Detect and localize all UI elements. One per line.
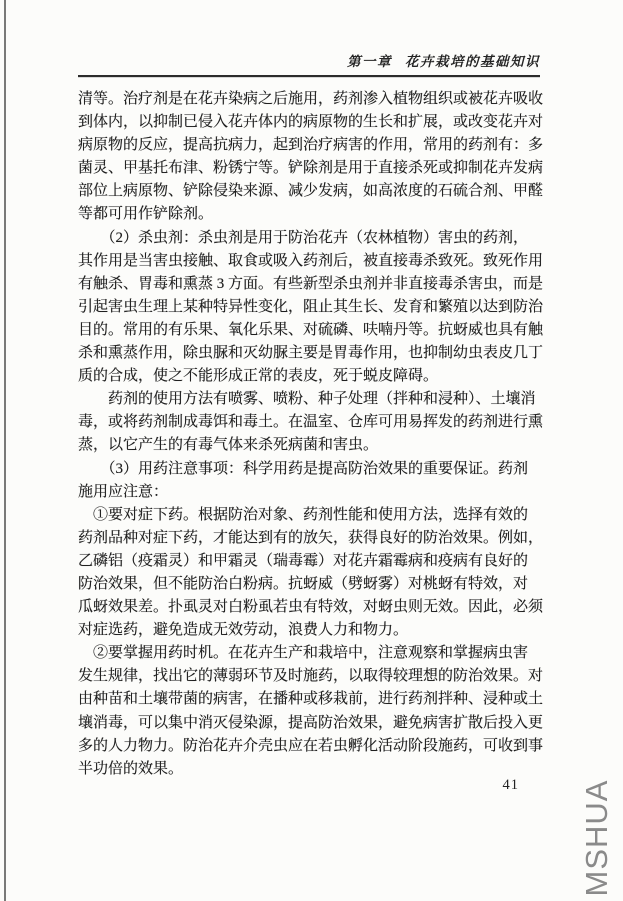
running-header: 第一章花卉栽培的基础知识 <box>78 50 540 70</box>
body-line: 壤消毒，可以集中消灭侵染源，提高防治效果，避免病害扩散后投入更 <box>78 712 546 735</box>
body-line: 杀和熏蒸作用，除虫脲和灭幼脲主要是胃毒作用，也抑制幼虫表皮几丁 <box>78 342 546 365</box>
body-line: 等都可用作铲除剂。 <box>78 203 546 226</box>
body-line: 蒸，以它产生的有毒气体来杀死病菌和害虫。 <box>78 434 546 457</box>
chapter-label: 第一章 <box>347 54 392 69</box>
body-line: 毒，或将药剂制成毒饵和毒土。在温室、仓库可用易挥发的药剂进行熏 <box>78 411 546 434</box>
body-line: 部位上病原物、铲除侵染来源、减少发病，如高浓度的石硫合剂、甲醛 <box>78 180 546 203</box>
body-line: 清等。治疗剂是在花卉染病之后施用，药剂渗入植物组织或被花卉吸收 <box>78 88 546 111</box>
body-line: 多的人力物力。防治花卉介壳虫应在若虫孵化活动阶段施药，可收到事 <box>78 735 546 758</box>
body-line: ②要掌握用药时机。在花卉生产和栽培中，注意观察和掌握病虫害 <box>78 642 546 665</box>
body-line: 乙磷铝（疫霜灵）和甲霜灵（瑞毒霉）对花卉霜霉病和疫病有良好的 <box>78 550 546 573</box>
body-line: 有触杀、胃毒和熏蒸 3 方面。有些新型杀虫剂并非直接毒杀害虫，而是 <box>78 273 546 296</box>
body-text: 清等。治疗剂是在花卉染病之后施用，药剂渗入植物组织或被花卉吸收到体内，以抑制已侵… <box>78 88 546 781</box>
body-line: （2）杀虫剂：杀虫剂是用于防治花卉（农林植物）害虫的药剂， <box>78 227 546 250</box>
body-line: 菌灵、甲基托布津、粉锈宁等。铲除剂是用于直接杀死或抑制花卉发病 <box>78 157 546 180</box>
body-line: ①要对症下药。根据防治对象、药剂性能和使用方法，选择有效的 <box>78 504 546 527</box>
body-line: 发生规律，找出它的薄弱环节及时施药，以取得较理想的防治效果。对 <box>78 665 546 688</box>
body-line: （3）用药注意事项：科学用药是提高防治效果的重要保证。药剂 <box>78 458 546 481</box>
body-line: 由种苗和土壤带菌的病害，在播种或移栽前，进行药剂拌种、浸种或土 <box>78 688 546 711</box>
scan-edge-line <box>4 0 6 901</box>
body-line: 病原物的反应，提高抗病力，起到治疗病害的作用，常用的药剂有：多 <box>78 134 546 157</box>
page-number: 41 <box>78 777 519 794</box>
body-line: 其作用是当害虫接触、取食或吸入药剂后，被直接毒杀致死。致死作用 <box>78 250 546 273</box>
body-line: 质的合成，使之不能形成正常的表皮，死于蜕皮障碍。 <box>78 365 546 388</box>
body-line: 瓜蚜效果差。扑虱灵对白粉虱若虫有特效，对蚜虫则无效。因此，必须 <box>78 596 546 619</box>
watermark: MSHUA <box>579 780 615 897</box>
body-line: 药剂品种对症下药，才能达到有的放矢，获得良好的防治效果。例如， <box>78 527 546 550</box>
chapter-title: 花卉栽培的基础知识 <box>405 54 540 69</box>
body-line: 对症选药，避免造成无效劳动，浪费人力和物力。 <box>78 619 546 642</box>
body-line: 防治效果，但不能防治白粉病。抗蚜威（劈蚜雾）对桃蚜有特效，对 <box>78 573 546 596</box>
body-line: 目的。常用的有乐果、氧化乐果、对硫磷、呋喃丹等。抗蚜威也具有触 <box>78 319 546 342</box>
scanned-book-page: 第一章花卉栽培的基础知识 清等。治疗剂是在花卉染病之后施用，药剂渗入植物组织或被… <box>0 0 623 901</box>
body-line: 引起害虫生理上某种特异性变化，阻止其生长、发育和繁殖以达到防治 <box>78 296 546 319</box>
header-rule <box>78 75 540 77</box>
body-line: 药剂的使用方法有喷雾、喷粉、种子处理（拌种和浸种）、土壤消 <box>78 388 546 411</box>
body-line: 施用应注意： <box>78 481 546 504</box>
body-line: 到体内，以抑制已侵入花卉体内的病原物的生长和扩展，或改变花卉对 <box>78 111 546 134</box>
